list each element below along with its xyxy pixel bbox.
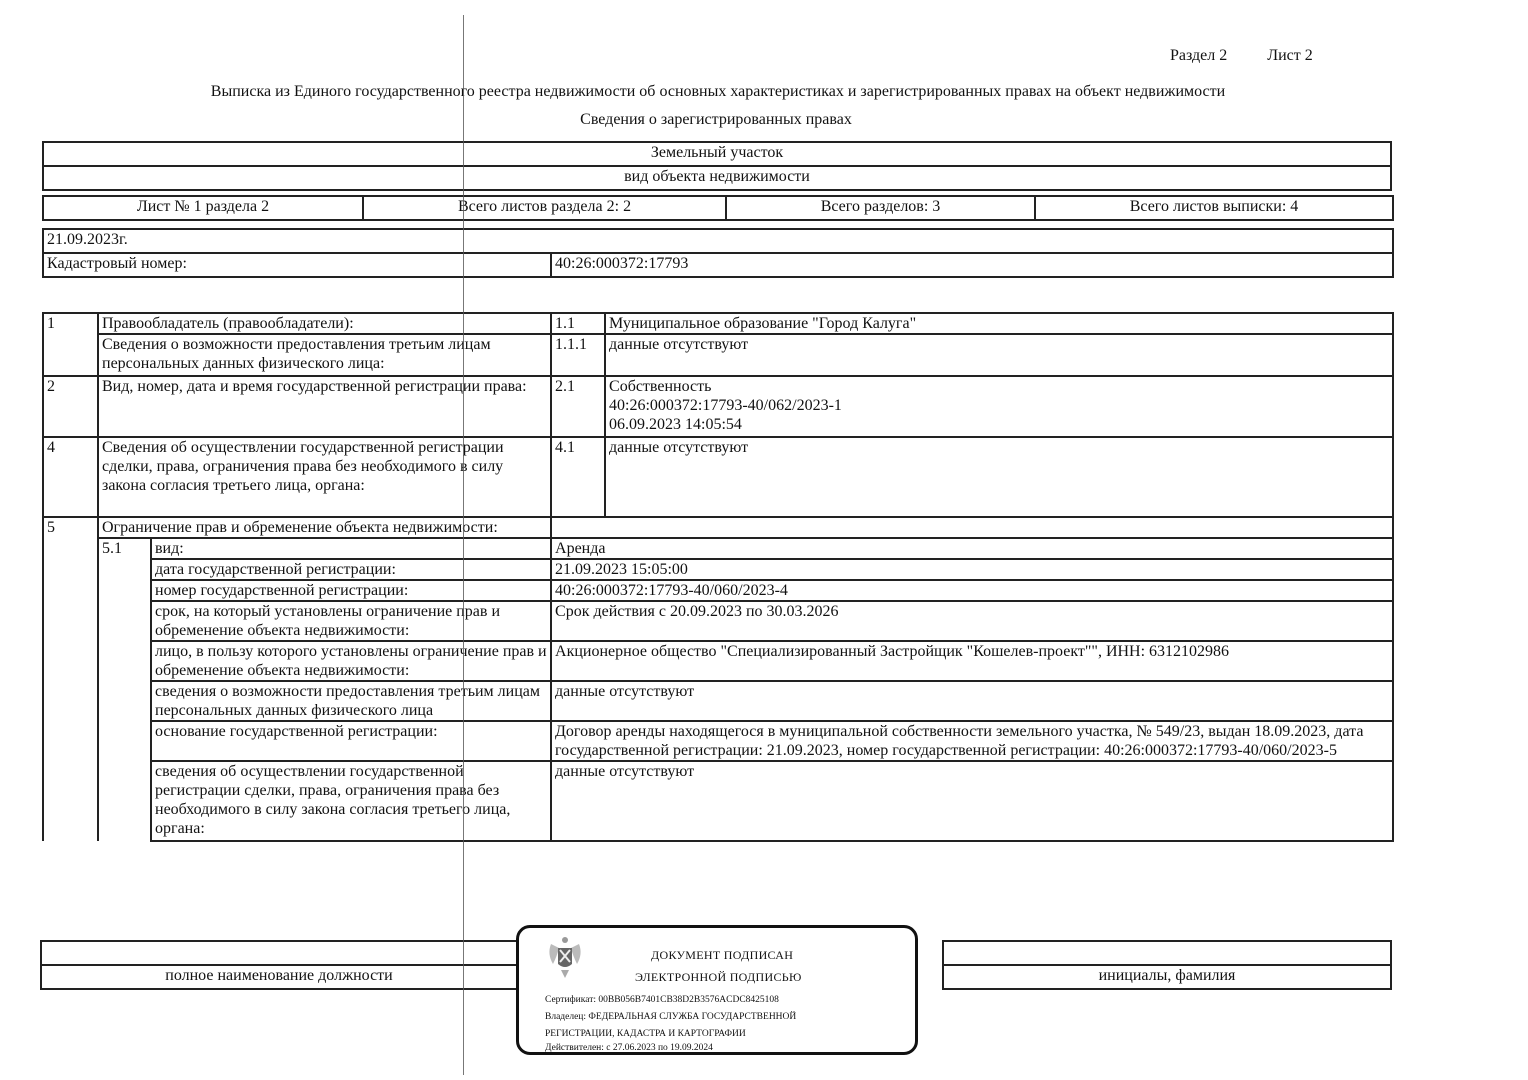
object-type-value: Земельный участок [43, 142, 1391, 166]
encumbrance-value: Аренда [551, 538, 1393, 559]
section-number: Раздел 2 [1170, 47, 1227, 64]
object-type-label: вид объекта недвижимости [43, 166, 1391, 190]
encumbrance-value: Акционерное общество "Специализированный… [551, 641, 1393, 681]
table-row: основание государственной регистрации: Д… [43, 721, 1393, 761]
table-row: 1 Правообладатель (правообладатели): 1.1… [43, 313, 1393, 334]
stamp-line1: ДОКУМЕНТ ПОДПИСАН [651, 946, 793, 965]
table-row: Сведения о возможности предоставления тр… [43, 334, 1393, 376]
table-row: лицо, в пользу которого установлены огра… [43, 641, 1393, 681]
row-number: 1 [43, 313, 98, 334]
encumbrance-label: дата государственной регистрации: [151, 559, 551, 580]
right-reg-number: 40:26:000372:17793-40/062/2023-1 [609, 396, 1389, 415]
row-number: 5 [43, 517, 98, 841]
table-row: дата государственной регистрации: 21.09.… [43, 559, 1393, 580]
row-value: Собственность 40:26:000372:17793-40/062/… [605, 376, 1393, 437]
extract-date: 21.09.2023г. [43, 229, 1393, 253]
row-code: 1.1 [551, 313, 605, 334]
document-subtitle: Сведения о зарегистрированных правах [0, 110, 1432, 129]
row-value: данные отсутствуют [605, 334, 1393, 376]
row-number: 4 [43, 437, 98, 517]
row-value: Муниципальное образование "Город Калуга" [605, 313, 1393, 334]
row-value: данные отсутствуют [605, 437, 1393, 517]
table-row: 4 Сведения об осуществлении государствен… [43, 437, 1393, 517]
sheet-number: Лист 2 [1267, 47, 1313, 64]
encumbrance-value: Срок действия с 20.09.2023 по 30.03.2026 [551, 601, 1393, 641]
total-sections-cell: Всего разделов: 3 [726, 196, 1035, 220]
document-title: Выписка из Единого государственного реес… [0, 82, 1436, 101]
name-label: инициалы, фамилия [943, 965, 1391, 989]
table-row: сведения об осуществлении государственно… [43, 761, 1393, 841]
row-code: 1.1.1 [551, 334, 605, 376]
table-row: срок, на который установлены ограничение… [43, 601, 1393, 641]
row-label: Сведения о возможности предоставления тр… [98, 334, 551, 376]
table-row: сведения о возможности предоставления тр… [43, 681, 1393, 721]
rights-table: 1 Правообладатель (правообладатели): 1.1… [42, 312, 1394, 842]
encumbrance-value: Договор аренды находящегося в муниципаль… [551, 721, 1393, 761]
object-type-table: Земельный участок вид объекта недвижимос… [42, 141, 1392, 191]
encumbrance-label: основание государственной регистрации: [151, 721, 551, 761]
cadastral-table: 21.09.2023г. Кадастровый номер: 40:26:00… [42, 228, 1394, 278]
encumbrance-value: 40:26:000372:17793-40/060/2023-4 [551, 580, 1393, 601]
cadastral-number: 40:26:000372:17793 [551, 253, 1393, 277]
encumbrance-label: вид: [151, 538, 551, 559]
table-row: 5 Ограничение прав и обременение объекта… [43, 517, 1393, 538]
right-type: Собственность [609, 377, 1389, 396]
row-label: Сведения об осуществлении государственно… [98, 437, 551, 517]
e-signature-stamp: ДОКУМЕНТ ПОДПИСАН ЭЛЕКТРОННОЙ ПОДПИСЬЮ С… [516, 925, 918, 1055]
position-label: полное наименование должности [41, 965, 517, 989]
encumbrance-label: лицо, в пользу которого установлены огра… [151, 641, 551, 681]
encumbrance-value: данные отсутствуют [551, 761, 1393, 841]
encumbrance-label: срок, на который установлены ограничение… [151, 601, 551, 641]
encumbrance-label: сведения о возможности предоставления тр… [151, 681, 551, 721]
table-row: 5.1 вид: Аренда [43, 538, 1393, 559]
sheet-info-table: Лист № 1 раздела 2 Всего листов раздела … [42, 195, 1394, 221]
table-row: номер государственной регистрации: 40:26… [43, 580, 1393, 601]
row-code: 2.1 [551, 376, 605, 437]
row-label: Правообладатель (правообладатели): [98, 313, 551, 334]
sheet-number-cell: Лист № 1 раздела 2 [43, 196, 363, 220]
encumbrance-label: номер государственной регистрации: [151, 580, 551, 601]
row-label: Вид, номер, дата и время государственной… [98, 376, 551, 437]
encumbrance-value: данные отсутствуют [551, 681, 1393, 721]
total-sheets-cell: Всего листов выписки: 4 [1035, 196, 1393, 220]
sub-row-code: 5.1 [98, 538, 151, 841]
section-sheets-cell: Всего листов раздела 2: 2 [363, 196, 726, 220]
stamp-validity: Действителен: с 27.06.2023 по 19.09.2024 [545, 1039, 713, 1058]
cadastral-label: Кадастровый номер: [43, 253, 551, 277]
right-reg-datetime: 06.09.2023 14:05:54 [609, 415, 1389, 434]
table-row: 2 Вид, номер, дата и время государственн… [43, 376, 1393, 437]
encumbrance-value: 21.09.2023 15:05:00 [551, 559, 1393, 580]
page-header-right: Раздел 2Лист 2 [1170, 46, 1353, 65]
scan-fold-line [463, 15, 464, 1075]
row-label: Ограничение прав и обременение объекта н… [98, 517, 551, 538]
encumbrance-label: сведения об осуществлении государственно… [151, 761, 551, 841]
stamp-line2: ЭЛЕКТРОННОЙ ПОДПИСЬЮ [635, 968, 802, 987]
coat-of-arms-icon [545, 934, 585, 982]
row-code: 4.1 [551, 437, 605, 517]
row-number: 2 [43, 376, 98, 437]
